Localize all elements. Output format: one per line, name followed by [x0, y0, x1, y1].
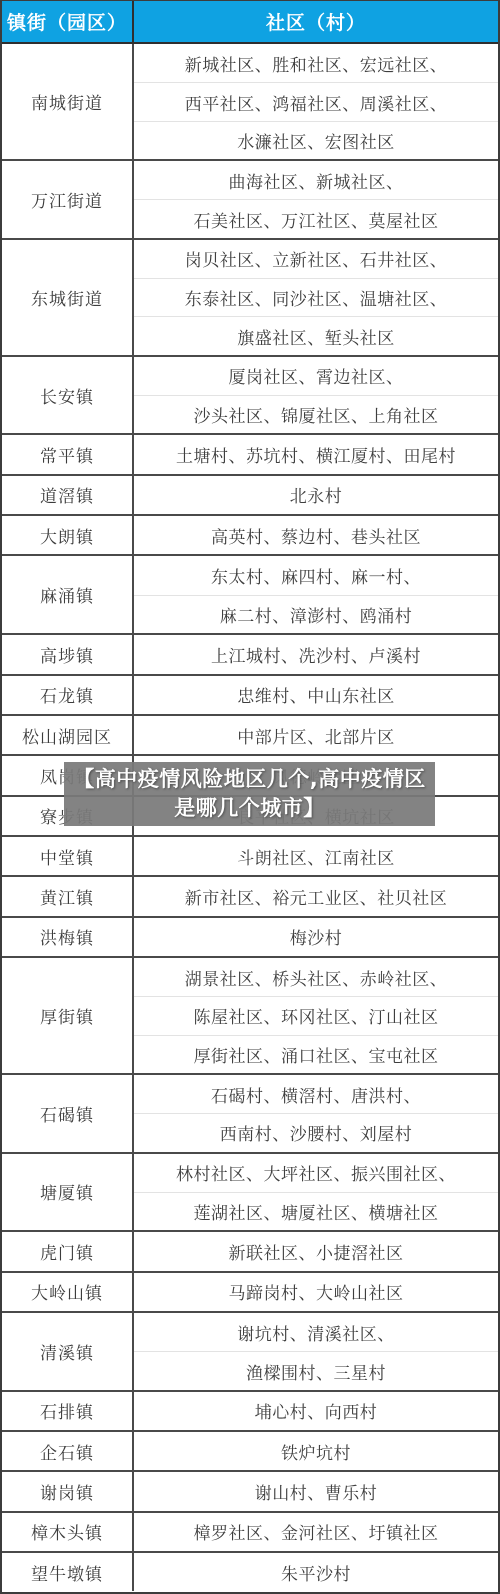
community-line: 梅沙村 [134, 918, 498, 956]
town-cell: 黄江镇 [2, 877, 134, 915]
community-lines: 埔心村、向西村 [134, 1392, 498, 1430]
table-row: 中堂镇斗朗社区、江南社区 [2, 835, 498, 875]
community-line: 麻二村、漳澎村、鸥涌村 [134, 595, 498, 633]
community-lines: 曲海社区、新城社区、石美社区、万江社区、莫屋社区 [134, 161, 498, 238]
table-row: 望牛墩镇朱平沙村 [2, 1551, 498, 1591]
table-row: 洪梅镇梅沙村 [2, 916, 498, 956]
table-row: 松山湖园区中部片区、北部片区 [2, 714, 498, 754]
community-lines: 湖景社区、桥头社区、赤岭社区、陈屋社区、环冈社区、汀山社区厚街社区、涌口社区、宝… [134, 958, 498, 1073]
table-row: 塘厦镇林村社区、大坪社区、振兴围社区、莲湖社区、塘厦社区、横塘社区 [2, 1152, 498, 1231]
community-line: 高英村、蔡边村、巷头社区 [134, 516, 498, 554]
town-cell: 清溪镇 [2, 1313, 134, 1390]
town-cell: 常平镇 [2, 435, 134, 473]
community-lines: 东太村、麻四村、麻一村、麻二村、漳澎村、鸥涌村 [134, 556, 498, 633]
community-lines: 马蹄岗村、大岭山社区 [134, 1273, 498, 1311]
table-row: 南城街道新城社区、胜和社区、宏远社区、西平社区、鸿福社区、周溪社区、水濂社区、宏… [2, 44, 498, 159]
community-lines: 新市社区、裕元工业区、社贝社区 [134, 877, 498, 915]
table-row: 万江街道曲海社区、新城社区、石美社区、万江社区、莫屋社区 [2, 159, 498, 238]
town-cell: 长安镇 [2, 357, 134, 434]
town-cell: 万江街道 [2, 161, 134, 238]
community-line: 莲湖社区、塘厦社区、横塘社区 [134, 1192, 498, 1230]
community-lines: 斗朗社区、江南社区 [134, 837, 498, 875]
community-lines: 上江城村、冼沙村、卢溪村 [134, 635, 498, 673]
town-cell: 东城街道 [2, 240, 134, 355]
community-line: 上江城村、冼沙村、卢溪村 [134, 635, 498, 673]
table-row: 樟木头镇樟罗社区、金河社区、圩镇社区 [2, 1511, 498, 1551]
header-town-column: 镇街（园区） [2, 1, 134, 42]
town-cell: 石碣镇 [2, 1075, 134, 1152]
town-cell: 石排镇 [2, 1392, 134, 1430]
watermark-overlay: 【高中疫情风险地区几个,高中疫情区 是哪几个城市】 [64, 762, 435, 826]
community-line: 西平社区、鸿福社区、周溪社区、 [134, 82, 498, 120]
community-lines: 石碣村、横滘村、唐洪村、西南村、沙腰村、刘屋村 [134, 1075, 498, 1152]
community-line: 土塘村、苏坑村、横江厦村、田尾村 [134, 435, 498, 473]
community-lines: 樟罗社区、金河社区、圩镇社区 [134, 1513, 498, 1551]
community-lines: 谢山村、曹乐村 [134, 1472, 498, 1510]
community-line: 忠维村、中山东社区 [134, 676, 498, 714]
community-line: 埔心村、向西村 [134, 1392, 498, 1430]
watermark-text-line2: 是哪几个城市】 [174, 794, 325, 823]
community-lines: 忠维村、中山东社区 [134, 676, 498, 714]
table-row: 麻涌镇东太村、麻四村、麻一村、麻二村、漳澎村、鸥涌村 [2, 554, 498, 633]
community-line: 北永村 [134, 476, 498, 514]
community-line: 樟罗社区、金河社区、圩镇社区 [134, 1513, 498, 1551]
table-row: 高埗镇上江城村、冼沙村、卢溪村 [2, 633, 498, 673]
town-cell: 南城街道 [2, 44, 134, 159]
community-line: 马蹄岗村、大岭山社区 [134, 1273, 498, 1311]
community-lines: 岗贝社区、立新社区、石井社区、东泰社区、同沙社区、温塘社区、旗盛社区、堑头社区 [134, 240, 498, 355]
table-row: 常平镇土塘村、苏坑村、横江厦村、田尾村 [2, 433, 498, 473]
community-lines: 新联社区、小捷滘社区 [134, 1232, 498, 1270]
community-line: 水濂社区、宏图社区 [134, 121, 498, 159]
community-line: 陈屋社区、环冈社区、汀山社区 [134, 996, 498, 1034]
community-lines: 北永村 [134, 476, 498, 514]
table-row: 谢岗镇谢山村、曹乐村 [2, 1470, 498, 1510]
town-cell: 麻涌镇 [2, 556, 134, 633]
town-cell: 高埗镇 [2, 635, 134, 673]
community-lines: 铁炉坑村 [134, 1432, 498, 1470]
community-line: 新联社区、小捷滘社区 [134, 1232, 498, 1270]
table-row: 石排镇埔心村、向西村 [2, 1390, 498, 1430]
community-line: 石碣村、横滘村、唐洪村、 [134, 1075, 498, 1113]
community-lines: 中部片区、北部片区 [134, 716, 498, 754]
town-cell: 企石镇 [2, 1432, 134, 1470]
table-row: 黄江镇新市社区、裕元工业区、社贝社区 [2, 875, 498, 915]
community-line: 斗朗社区、江南社区 [134, 837, 498, 875]
community-line: 林村社区、大坪社区、振兴围社区、 [134, 1154, 498, 1192]
community-line: 石美社区、万江社区、莫屋社区 [134, 199, 498, 237]
town-cell: 樟木头镇 [2, 1513, 134, 1551]
table-row: 石龙镇忠维村、中山东社区 [2, 674, 498, 714]
community-lines: 高英村、蔡边村、巷头社区 [134, 516, 498, 554]
community-lines: 谢坑村、清溪社区、渔樑围村、三星村 [134, 1313, 498, 1390]
town-cell: 中堂镇 [2, 837, 134, 875]
community-line: 铁炉坑村 [134, 1432, 498, 1470]
community-line: 新城社区、胜和社区、宏远社区、 [134, 44, 498, 82]
table-row: 东城街道岗贝社区、立新社区、石井社区、东泰社区、同沙社区、温塘社区、旗盛社区、堑… [2, 238, 498, 355]
community-lines: 林村社区、大坪社区、振兴围社区、莲湖社区、塘厦社区、横塘社区 [134, 1154, 498, 1231]
town-cell: 谢岗镇 [2, 1472, 134, 1510]
table-row: 虎门镇新联社区、小捷滘社区 [2, 1230, 498, 1270]
header-community-column: 社区（村） [134, 1, 498, 42]
community-line: 沙头社区、锦厦社区、上角社区 [134, 395, 498, 433]
community-line: 旗盛社区、堑头社区 [134, 316, 498, 354]
community-line: 中部片区、北部片区 [134, 716, 498, 754]
table-row: 道滘镇北永村 [2, 474, 498, 514]
community-line: 谢山村、曹乐村 [134, 1472, 498, 1510]
community-line: 新市社区、裕元工业区、社贝社区 [134, 877, 498, 915]
community-line: 东太村、麻四村、麻一村、 [134, 556, 498, 594]
community-line: 朱平沙村 [134, 1553, 498, 1591]
community-line: 厦岗社区、霄边社区、 [134, 357, 498, 395]
town-cell: 望牛墩镇 [2, 1553, 134, 1591]
community-line: 渔樑围村、三星村 [134, 1351, 498, 1389]
table-row: 清溪镇谢坑村、清溪社区、渔樑围村、三星村 [2, 1311, 498, 1390]
table-row: 石碣镇石碣村、横滘村、唐洪村、西南村、沙腰村、刘屋村 [2, 1073, 498, 1152]
town-cell: 虎门镇 [2, 1232, 134, 1270]
town-cell: 洪梅镇 [2, 918, 134, 956]
community-lines: 新城社区、胜和社区、宏远社区、西平社区、鸿福社区、周溪社区、水濂社区、宏图社区 [134, 44, 498, 159]
table-row: 大朗镇高英村、蔡边村、巷头社区 [2, 514, 498, 554]
table-header: 镇街（园区） 社区（村） [2, 1, 498, 44]
town-cell: 道滘镇 [2, 476, 134, 514]
table-row: 厚街镇湖景社区、桥头社区、赤岭社区、陈屋社区、环冈社区、汀山社区厚街社区、涌口社… [2, 956, 498, 1073]
town-cell: 大岭山镇 [2, 1273, 134, 1311]
town-cell: 大朗镇 [2, 516, 134, 554]
watermark-text-line1: 【高中疫情风险地区几个,高中疫情区 [73, 765, 425, 794]
community-line: 东泰社区、同沙社区、温塘社区、 [134, 278, 498, 316]
community-line: 谢坑村、清溪社区、 [134, 1313, 498, 1351]
table-row: 企石镇铁炉坑村 [2, 1430, 498, 1470]
town-cell: 厚街镇 [2, 958, 134, 1073]
town-cell: 塘厦镇 [2, 1154, 134, 1231]
community-line: 岗贝社区、立新社区、石井社区、 [134, 240, 498, 278]
table-row: 长安镇厦岗社区、霄边社区、沙头社区、锦厦社区、上角社区 [2, 355, 498, 434]
table-row: 大岭山镇马蹄岗村、大岭山社区 [2, 1271, 498, 1311]
town-cell: 石龙镇 [2, 676, 134, 714]
community-line: 西南村、沙腰村、刘屋村 [134, 1113, 498, 1151]
community-lines: 厦岗社区、霄边社区、沙头社区、锦厦社区、上角社区 [134, 357, 498, 434]
community-line: 湖景社区、桥头社区、赤岭社区、 [134, 958, 498, 996]
community-line: 厚街社区、涌口社区、宝屯社区 [134, 1035, 498, 1073]
community-lines: 土塘村、苏坑村、横江厦村、田尾村 [134, 435, 498, 473]
community-lines: 梅沙村 [134, 918, 498, 956]
community-line: 曲海社区、新城社区、 [134, 161, 498, 199]
town-cell: 松山湖园区 [2, 716, 134, 754]
community-lines: 朱平沙村 [134, 1553, 498, 1591]
